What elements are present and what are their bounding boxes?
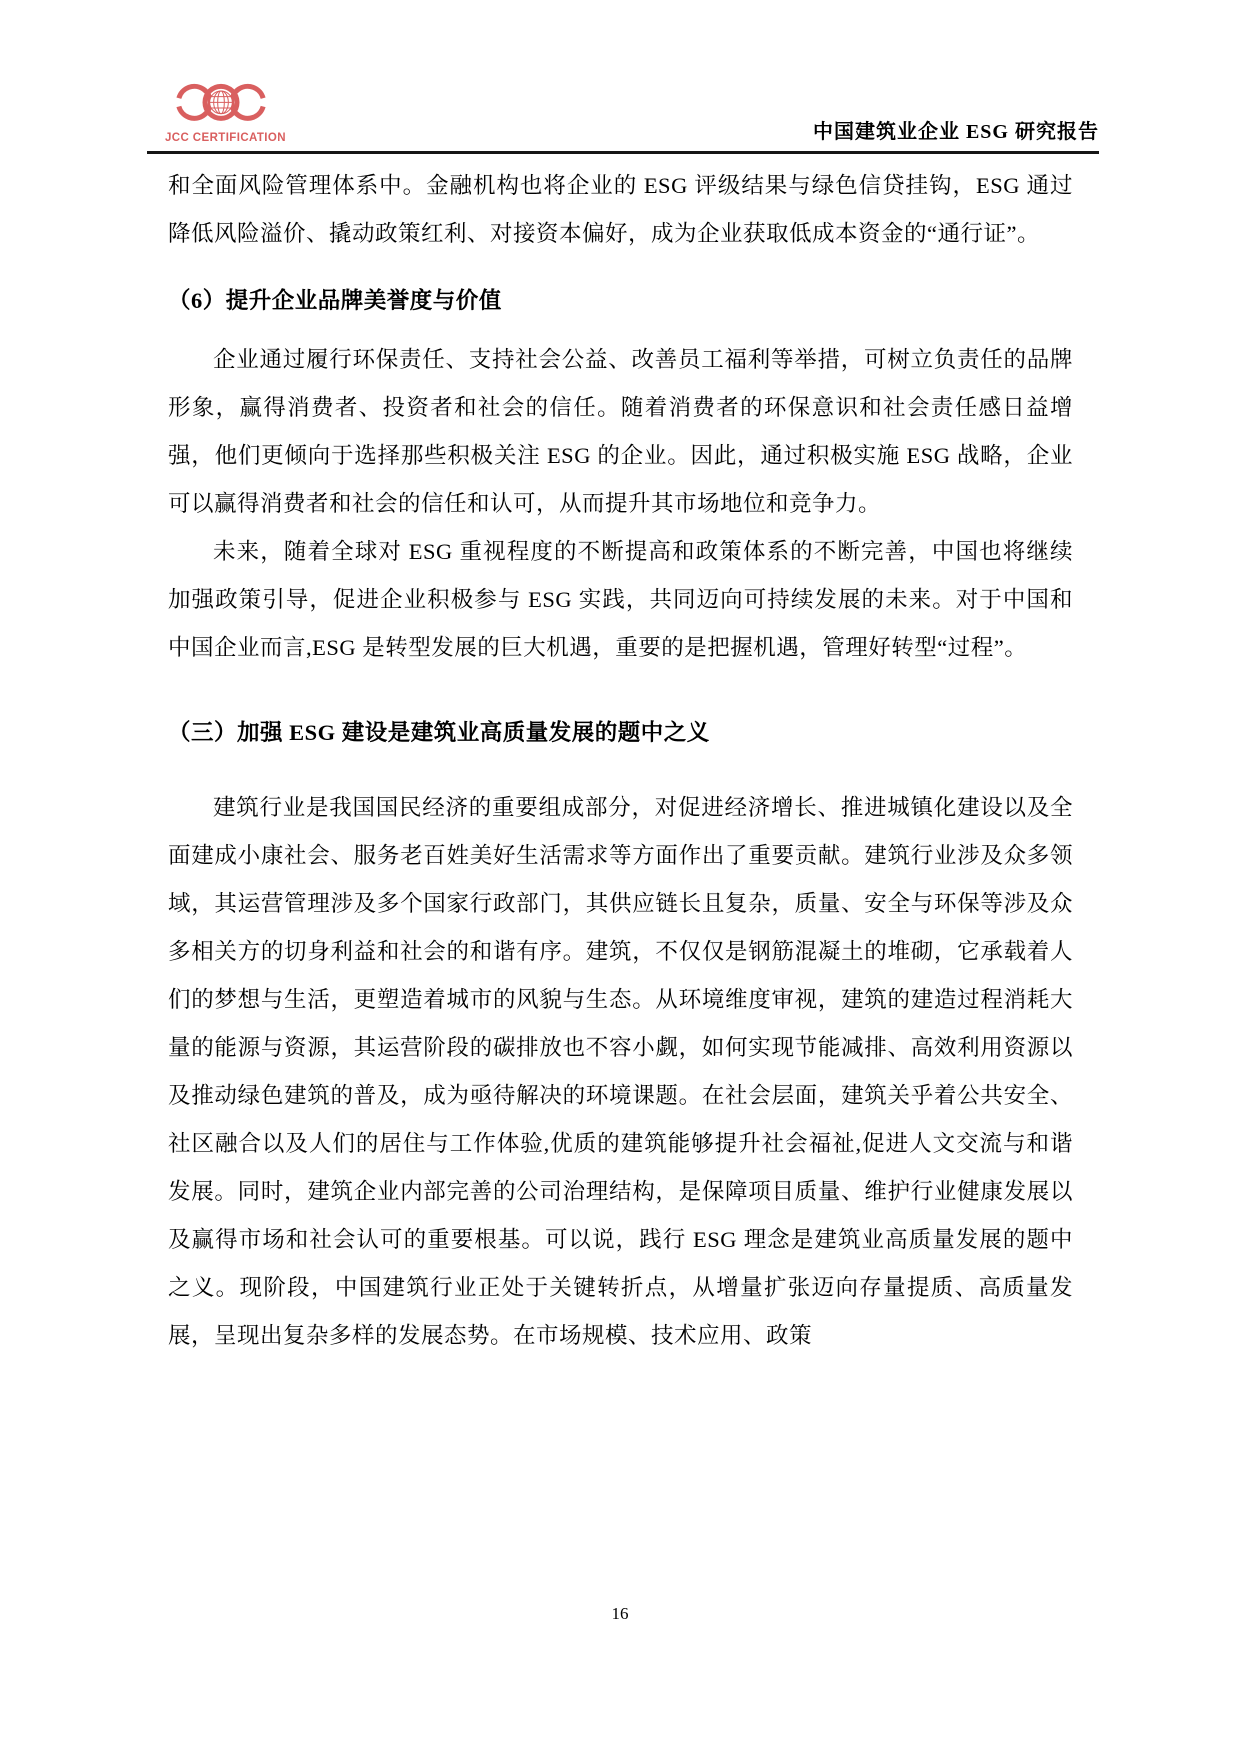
paragraph-construction-1: 建筑行业是我国国民经济的重要组成部分，对促进经济增长、推进城镇化建设以及全面建成… xyxy=(168,784,1073,1360)
document-body: 和全面风险管理体系中。金融机构也将企业的 ESG 评级结果与绿色信贷挂钩，ESG… xyxy=(168,162,1073,1360)
jcc-logo: JCC CERTIFICATION xyxy=(165,78,277,144)
document-page: JCC CERTIFICATION 中国建筑业企业 ESG 研究报告 和全面风险… xyxy=(0,0,1240,1754)
report-title: 中国建筑业企业 ESG 研究报告 xyxy=(813,115,1099,144)
globe-icon xyxy=(210,91,233,114)
heading-construction-esg: （三）加强 ESG 建设是建筑业高质量发展的题中之义 xyxy=(168,716,1073,750)
paragraph-brand-1: 企业通过履行环保责任、支持社会公益、改善员工福利等举措，可树立负责任的品牌形象，… xyxy=(168,336,1073,528)
paragraph-carryover: 和全面风险管理体系中。金融机构也将企业的 ESG 评级结果与绿色信贷挂钩，ESG… xyxy=(168,162,1073,258)
heading-brand-value: （6）提升企业品牌美誉度与价值 xyxy=(168,284,1073,318)
paragraph-brand-2: 未来，随着全球对 ESG 重视程度的不断提高和政策体系的不断完善，中国也将继续加… xyxy=(168,528,1073,672)
page-header: JCC CERTIFICATION 中国建筑业企业 ESG 研究报告 xyxy=(147,68,1099,154)
page-number: 16 xyxy=(0,1604,1240,1624)
logo-caption: JCC CERTIFICATION xyxy=(165,132,277,144)
jcc-rings-icon xyxy=(171,78,271,130)
